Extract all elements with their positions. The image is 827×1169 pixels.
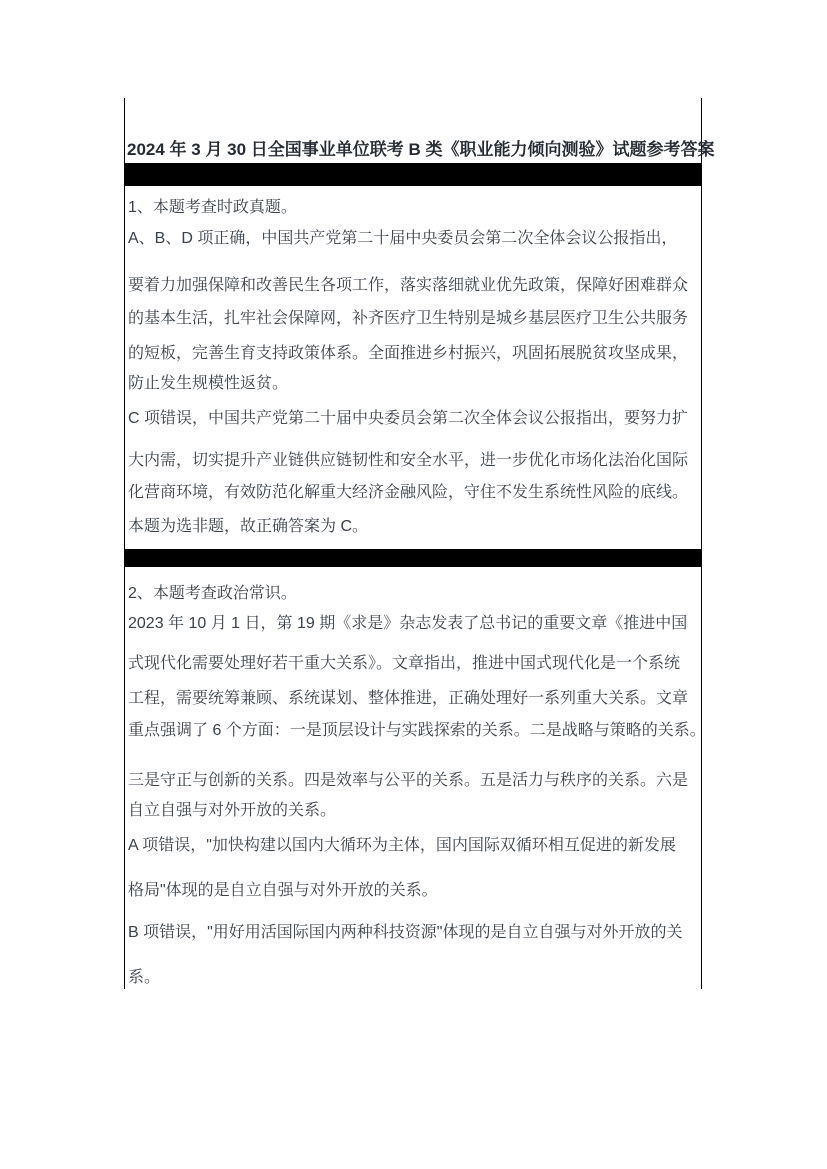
text-line: 工程，需要统筹兼顾、系统谋划、整体推进，正确处理好一系列重大关系。文章 xyxy=(125,688,701,710)
answer-section-1: 1、本题考查时政真题。 A、B、D 项正确，中国共产党第二十届中央委员会第二次全… xyxy=(125,197,701,538)
text-line: 三是守正与创新的关系。四是效率与公平的关系。五是活力与秩序的关系。六是 xyxy=(125,770,701,792)
text-line: 重点强调了 6 个方面：一是顶层设计与实践探索的关系。二是战略与策略的关系。 xyxy=(125,720,701,742)
text-line: 要着力加强保障和改善民生各项工作，落实落细就业优先政策，保障好困难群众 xyxy=(125,275,701,297)
text-line: 格局"体现的是自立自强与对外开放的关系。 xyxy=(125,880,701,902)
redacted-bar-1 xyxy=(125,163,701,186)
text-line: 的基本生活，扎牢社会保障网，补齐医疗卫生特别是城乡基层医疗卫生公共服务 xyxy=(125,308,701,330)
text-line: 自立自强与对外开放的关系。 xyxy=(125,800,701,822)
text-line: 化营商环境，有效防范化解重大经济金融风险，守住不发生系统性风险的底线。 xyxy=(125,482,701,504)
text-line: 本题为选非题，故正确答案为 C。 xyxy=(125,516,701,538)
text-line: A、B、D 项正确，中国共产党第二十届中央委员会第二次全体会议公报指出， xyxy=(125,228,701,250)
page-title: 2024 年 3 月 30 日全国事业单位联考 B 类《职业能力倾向测验》试题参… xyxy=(127,140,699,160)
text-line: 系。 xyxy=(125,967,701,989)
text-line: 防止发生规模性返贫。 xyxy=(125,373,701,395)
answer-section-2: 2、本题考查政治常识。 2023 年 10 月 1 日，第 19 期《求是》杂志… xyxy=(125,583,701,989)
text-line: 2、本题考查政治常识。 xyxy=(125,583,701,605)
text-line: 2023 年 10 月 1 日，第 19 期《求是》杂志发表了总书记的重要文章《… xyxy=(125,613,701,635)
text-line: C 项错误，中国共产党第二十届中央委员会第二次全体会议公报指出，要努力扩 xyxy=(125,408,701,430)
text-line: 的短板，完善生育支持政策体系。全面推进乡村振兴，巩固拓展脱贫攻坚成果， xyxy=(125,343,701,365)
text-line: A 项错误，"加快构建以国内大循环为主体，国内国际双循环相互促进的新发展 xyxy=(125,835,701,857)
text-line: 1、本题考查时政真题。 xyxy=(125,197,701,219)
text-line: B 项错误，"用好用活国际国内两种科技资源"体现的是自立自强与对外开放的关 xyxy=(125,922,701,944)
text-line: 大内需，切实提升产业链供应链韧性和安全水平，进一步优化市场化法治化国际 xyxy=(125,450,701,472)
text-line: 式现代化需要处理好若干重大关系》。文章指出，推进中国式现代化是一个系统 xyxy=(125,653,701,675)
redacted-bar-2 xyxy=(125,549,701,567)
document-frame: 2024 年 3 月 30 日全国事业单位联考 B 类《职业能力倾向测验》试题参… xyxy=(124,98,702,989)
